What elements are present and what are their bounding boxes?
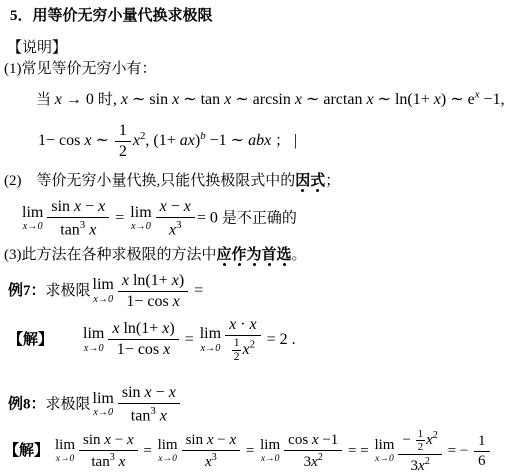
formula-equivalents-line2: 1− cos x ∼ 12x2, (1+ ax)b −1 ∼ abx ； | (38, 122, 297, 161)
math-roman: = (140, 443, 156, 459)
math-limit: limx→0 (200, 326, 221, 354)
math-variable: x (169, 384, 176, 401)
math-roman: · (236, 316, 249, 333)
limit-under: x→0 (130, 221, 151, 232)
math-roman: ln(1+ (119, 320, 162, 337)
item3-post: 。 (292, 247, 307, 263)
math-variable: x (127, 432, 134, 448)
math-roman: − (167, 198, 184, 215)
example8-lead: 求极限 (46, 396, 91, 412)
math-roman: tan (60, 221, 80, 238)
math-superscript: 2 (250, 339, 255, 351)
math-cjk-text: 是不正确的 (222, 210, 297, 226)
math-limit: limx→0 (93, 391, 114, 419)
math-roman: sin (122, 384, 145, 401)
math-superscript: 3 (212, 452, 217, 463)
math-roman: 1− cos (117, 341, 163, 358)
math-roman: 3 (176, 219, 181, 231)
fraction-numerator: cos x −1 (284, 432, 342, 451)
limit-under: x→0 (93, 294, 114, 305)
math-roman: −1 ∼ (206, 132, 248, 149)
math-roman: − (81, 198, 98, 215)
example8-expression: limx→0sin x − xtan3 x (91, 395, 182, 412)
item2-pre: (2) 等价无穷小量代换,只能代换极限式中的 (4, 173, 295, 189)
math-roman: 2 (318, 452, 323, 463)
math-roman: 6 (478, 453, 486, 469)
item2-emphasis: 因式 (295, 173, 325, 193)
math-roman: tan (91, 454, 109, 470)
fraction-denominator: 3x2 (398, 455, 441, 475)
limit-word: lim (200, 326, 221, 343)
math-roman: 1 (119, 122, 127, 139)
math-variable: ax (180, 132, 195, 149)
fraction-numerator: 1 (416, 428, 425, 441)
limit-word: lim (260, 438, 280, 454)
math-limit: limx→0 (22, 205, 43, 233)
math-roman: ∼ sin (128, 91, 172, 108)
math-roman: = = (344, 443, 372, 459)
fraction-denominator: tan3 x (47, 218, 109, 239)
math-roman: = 0 (197, 209, 222, 226)
fraction-denominator: x3 (156, 218, 195, 239)
limit-word: lim (93, 277, 114, 294)
math-variable: x (121, 91, 128, 108)
math-fraction: 12 (115, 122, 131, 161)
math-roman: 3 (304, 454, 312, 470)
section-title: 5．用等价无穷小量代换求极限 (10, 7, 213, 27)
math-roman: ln(1+ (129, 272, 172, 289)
math-variable: x (104, 432, 111, 448)
limit-word: lim (22, 205, 43, 222)
math-variable: x (250, 316, 257, 333)
math-roman: −1, (480, 91, 505, 108)
fraction-numerator: 1 (474, 433, 490, 452)
example8-statement: 例8：求极限limx→0sin x − xtan3 x (8, 384, 182, 425)
math-roman: | (290, 132, 297, 149)
math-fraction: sin x − xtan3 x (79, 432, 138, 471)
math-variable: x (89, 221, 96, 238)
item3-emphasis: 应作为首选 (217, 247, 292, 267)
math-superscript: 2 (433, 430, 438, 441)
math-variable: x (173, 293, 180, 310)
fraction-denominator: 2 (416, 441, 425, 453)
math-variable: x (434, 91, 441, 108)
math-variable: x (230, 432, 237, 448)
fraction-denominator: 1− cos x (108, 340, 178, 359)
math-fraction: x ln(1+ x)1− cos x (108, 320, 178, 359)
math-roman: 2 (433, 430, 438, 441)
math-variable: x (133, 132, 140, 149)
math-variable: x (295, 91, 302, 108)
fraction-numerator: sin x − x (47, 198, 109, 218)
math-fraction: sin x − xtan3 x (118, 384, 180, 425)
math-variable: x (184, 198, 191, 215)
math-roman: ∼ (91, 132, 112, 149)
math-roman: ∼ ln(1+ (374, 91, 434, 108)
example7-lead: 求极限 (46, 283, 91, 299)
math-variable: x (242, 341, 249, 358)
fraction-denominator: tan3 x (118, 404, 180, 425)
math-roman: , (113, 91, 121, 108)
example7-solution-math: limx→0x ln(1+ x)1− cos x = limx→0x · x12… (81, 331, 296, 348)
fraction-numerator: x ln(1+ x) (108, 320, 178, 340)
item1-lead: (1)常见等价无穷小有： (4, 60, 157, 80)
math-fraction: x · x12x2 (225, 316, 261, 364)
math-fraction: x ln(1+ x)1− cos x (118, 272, 188, 311)
math-roman: 1 (234, 337, 240, 349)
fraction-denominator: 12x2 (225, 336, 261, 364)
math-variable: abx (248, 132, 271, 149)
math-variable: x (160, 198, 167, 215)
math-cjk-text: 当 (36, 92, 55, 108)
limit-word: lim (158, 438, 178, 454)
math-roman: , (1+ (145, 132, 179, 149)
fraction-numerator: sin x − x (118, 384, 180, 404)
math-limit: limx→0 (55, 438, 75, 464)
limit-word: lim (55, 438, 75, 454)
item3-pre: (3)此方法在各种求极限的方法中 (4, 247, 217, 263)
math-limit: limx→0 (158, 438, 178, 464)
fraction-numerator: − 12x2 (398, 428, 441, 455)
math-roman: = (111, 209, 128, 226)
math-roman: 1− cos (38, 132, 84, 149)
math-roman: ∼ tan (179, 91, 224, 108)
math-roman: ) (179, 272, 184, 289)
limit-under: x→0 (374, 454, 394, 465)
math-superscript: 3 (176, 219, 181, 231)
math-roman: 1 (478, 433, 486, 449)
math-roman: = (242, 443, 258, 459)
math-roman: − (402, 432, 414, 448)
math-variable: x (426, 432, 433, 448)
math-variable: x (145, 384, 152, 401)
math-roman: 2 (250, 339, 255, 351)
fraction-numerator: sin x − x (182, 432, 241, 451)
example8-solution-label: 【解】 (4, 443, 49, 459)
math-roman: sin (51, 198, 74, 215)
math-superscript: 3 (150, 405, 155, 417)
item2-text: (2) 等价无穷小量代换,只能代换极限式中的因式； (4, 172, 340, 192)
example7-label: 例7： (8, 283, 46, 299)
fraction-denominator: tan3 x (79, 451, 138, 471)
math-roman: 3 (150, 405, 155, 417)
math-roman: − (111, 432, 127, 448)
fraction-numerator: 1 (232, 337, 242, 351)
limit-under: x→0 (93, 407, 114, 418)
math-roman: sin (83, 432, 104, 448)
limit-under: x→0 (55, 454, 75, 465)
math-roman: 1− cos (126, 293, 172, 310)
math-roman: ∼ arctan (302, 91, 366, 108)
example8-solution: 【解】limx→0sin x − xtan3 x = limx→0sin x −… (4, 428, 492, 475)
math-roman: = 2 . (263, 331, 296, 348)
math-roman: tan (131, 407, 151, 424)
math-fraction: 16 (474, 433, 490, 470)
math-variable: x (122, 272, 129, 289)
formula-counterexample: limx→0sin x − xtan3 x = limx→0x − xx3= 0… (20, 198, 297, 239)
fraction-numerator: x · x (225, 316, 261, 336)
example8-label: 例8： (8, 396, 46, 412)
math-roman: ∼ arcsin (231, 91, 295, 108)
math-variable: x (366, 91, 373, 108)
math-roman: sin (186, 432, 207, 448)
limit-word: lim (83, 326, 104, 343)
math-roman: −1 (319, 432, 339, 448)
math-roman: 2 (425, 456, 430, 467)
example8-solution-math: limx→0sin x − xtan3 x = limx→0sin x − xx… (53, 443, 492, 459)
math-variable: x (160, 407, 167, 424)
limit-word: lim (374, 438, 394, 454)
fraction-denominator: 3x2 (284, 451, 342, 471)
math-variable: x (205, 454, 212, 470)
formula-equivalents-line1: 当 x → 0 时, x ∼ sin x ∼ tan x ∼ arcsin x … (36, 88, 505, 109)
fraction-denominator: x3 (182, 451, 241, 471)
example7-statement: 例7：求极限limx→0x ln(1+ x)1− cos x = (8, 272, 203, 311)
math-cjk-text: 时 (98, 92, 113, 108)
math-cjk-text: ； (271, 133, 290, 149)
fraction-denominator: 2 (232, 351, 242, 364)
math-roman: = (181, 331, 198, 348)
math-fraction: sin x − xtan3 x (47, 198, 109, 239)
math-limit: limx→0 (83, 326, 104, 354)
math-fraction: x − xx3 (156, 198, 195, 239)
math-variable: x (312, 432, 319, 448)
limit-under: x→0 (83, 343, 104, 354)
example7-solution-label: 【解】 (8, 332, 53, 348)
math-limit: limx→0 (260, 438, 280, 464)
math-roman: = − (444, 443, 472, 459)
math-roman: 1 (418, 428, 423, 440)
math-fraction: 12 (232, 337, 242, 364)
fraction-numerator: x − x (156, 198, 195, 218)
math-roman: − (152, 384, 169, 401)
item2-post: ； (325, 173, 340, 189)
example7-expression: limx→0x ln(1+ x)1− cos x = (91, 282, 204, 299)
math-fraction: 12 (416, 428, 425, 453)
math-variable: x (207, 432, 214, 448)
math-variable: x (311, 454, 318, 470)
document-page: 5．用等价无穷小量代换求极限 【说明】 (1)常见等价无穷小有： 当 x → 0… (0, 0, 528, 476)
math-roman: = (190, 282, 203, 299)
math-superscript: 2 (318, 452, 323, 463)
limit-under: x→0 (260, 454, 280, 465)
math-superscript: 2 (425, 456, 430, 467)
fraction-numerator: 1 (115, 122, 131, 142)
math-limit: limx→0 (93, 277, 114, 305)
limit-under: x→0 (22, 221, 43, 232)
math-roman: 3 (212, 452, 217, 463)
math-variable: x (163, 341, 170, 358)
fraction-numerator: sin x − x (79, 432, 138, 451)
fraction-denominator: 6 (474, 452, 490, 470)
math-roman: cos (288, 432, 312, 448)
math-variable: x (55, 91, 62, 108)
math-fraction: − 12x23x2 (398, 428, 441, 475)
math-roman: ) (169, 320, 174, 337)
math-roman: → 0 (62, 91, 98, 108)
math-fraction: sin x − xx3 (182, 432, 241, 471)
math-roman: 3 (411, 458, 419, 474)
limit-word: lim (93, 391, 114, 408)
math-variable: x (98, 198, 105, 215)
math-roman: ) ∼ e (441, 91, 475, 108)
item3-text: (3)此方法在各种求极限的方法中应作为首选。 (4, 246, 307, 266)
math-roman: 2 (234, 351, 240, 363)
example7-solution: 【解】limx→0x ln(1+ x)1− cos x = limx→0x · … (8, 316, 296, 364)
math-limit: limx→0 (374, 438, 394, 464)
fraction-denominator: 2 (115, 142, 131, 161)
math-roman: − (214, 432, 230, 448)
math-variable: x (172, 272, 179, 289)
limit-under: x→0 (200, 343, 221, 354)
math-fraction: cos x −13x2 (284, 432, 342, 471)
math-roman: 2 (119, 143, 127, 160)
limit-under: x→0 (158, 454, 178, 465)
math-variable: x (119, 454, 126, 470)
math-variable: x (418, 458, 425, 474)
note-label: 【说明】 (7, 39, 67, 59)
fraction-numerator: x ln(1+ x) (118, 272, 188, 292)
math-roman: 2 (418, 441, 423, 453)
limit-word: lim (130, 205, 151, 222)
math-limit: limx→0 (130, 205, 151, 233)
fraction-denominator: 1− cos x (118, 292, 188, 311)
